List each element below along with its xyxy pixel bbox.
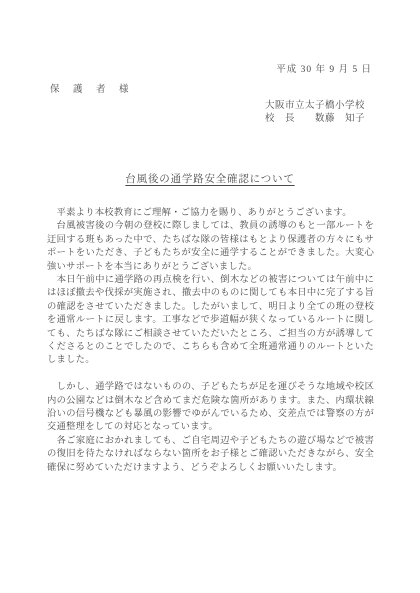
body-paragraph: しかし、通学路ではないものの、子どもたちが足を運びそうな地域や校区内の公園などは… (47, 381, 374, 435)
letter-subject-line: 台風後の通学路安全確認について (0, 171, 420, 186)
letter-date: 平成 30 年 9 月 5 日 (0, 64, 420, 77)
letter-subject: 台風後の通学路安全確認について (125, 174, 294, 185)
letter-body: 平素より本校教育にご理解・ご協力を賜り、ありがとうございます。 台風被害後の今朝… (0, 207, 420, 475)
body-paragraph: 平素より本校教育にご理解・ご協力を賜り、ありがとうございます。 (47, 207, 374, 220)
sender-title-and-name: 校 長 数藤 知子 (265, 113, 420, 126)
sender-organization: 大阪市立太子橋小学校 (265, 100, 420, 113)
letter-page: 平成 30 年 9 月 5 日 保 護 者 様 大阪市立太子橋小学校 校 長 数… (0, 0, 420, 593)
body-paragraph: 本日午前中に通学路の再点検を行い、倒木などの被害については午前中にはほぼ撤去や伐… (47, 274, 374, 368)
letter-sender-block: 大阪市立太子橋小学校 校 長 数藤 知子 (0, 100, 420, 125)
body-paragraph: 各ご家庭におかれましても、ご自宅周辺や子どもたちの遊び場などで被害の復旧を待たな… (47, 435, 374, 475)
body-paragraph: 台風被害後の今朝の登校に際しましては、教員の誘導のもと一部ルートを迂回する班もあ… (47, 220, 374, 274)
letter-recipient: 保 護 者 様 (0, 84, 420, 97)
